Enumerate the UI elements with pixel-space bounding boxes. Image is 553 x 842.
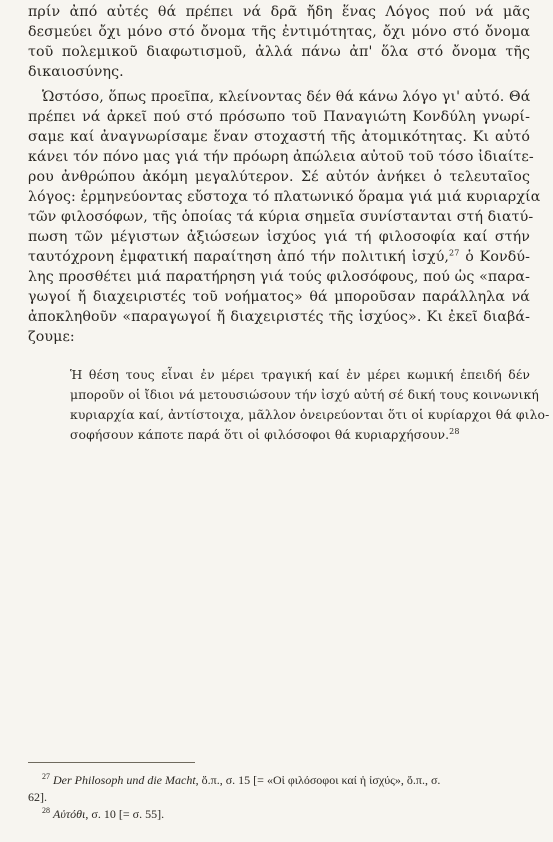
footnote-number: 27 [42,772,50,781]
footnote-title: Der Philosoph und die Macht [53,773,196,787]
body-line: πρίν ἀπό αὐτές θά πρέπει νά δρᾶ ἤδη ἕνας… [28,2,530,22]
footnote-27-continued: 62]. [28,789,530,805]
body-line: τοῦ πολεμικοῦ διαφωτισμοῦ, ἀλλά πάνω ἀπ'… [28,42,530,62]
footnote-title: Αὐτόθι [53,807,85,821]
footnote-28: 28 Αὐτόθι, σ. 10 [= σ. 55]. [42,806,530,822]
body-line: γωγοί ἤ διαχειριστές τοῦ νοήματος» θά μπ… [28,287,530,307]
body-line: τῶν φιλοσόφων, τῆς ὁποίας τά κύρια σημεῖ… [28,207,530,227]
body-line: ἀποκληθοῦν «παραγωγοί ἤ διαχειριστές τῆς… [28,307,530,327]
body-line: ζουμε: [28,327,530,347]
footnote-separator [28,762,195,763]
body-line: ρου ἀνθρώπου ἀκόμη μεγαλύτερον. Σέ αὐτόν… [28,167,530,187]
quote-line: Ἡ θέση τους εἶναι ἐν μέρει τραγική καί ἐ… [70,365,530,385]
body-line: Ὡστόσο, ὅπως προεῖπα, κλείνοντας δέν θά … [42,87,530,107]
book-page: πρίν ἀπό αὐτές θά πρέπει νά δρᾶ ἤδη ἕνας… [0,0,553,842]
quote-text: σοφήσουν κάποτε παρά ὅτι οἱ φιλόσοφοι θά… [70,427,449,442]
footnote-ref-27[interactable]: 27 [449,248,459,257]
body-line: δεσμεύει ὄχι μόνο στό ὄνομα τῆς ἐντιμότη… [28,22,530,42]
body-line: λόγος: ἑρμηνεύοντας εὔστοχα τό πλατωνικό… [28,187,530,207]
quote-line-with-note: σοφήσουν κάποτε παρά ὅτι οἱ φιλόσοφοι θά… [70,425,530,445]
body-text: ὁ Κονδύ- [459,249,530,265]
footnote-number: 28 [42,806,50,815]
footnote-ref-28[interactable]: 28 [449,427,459,436]
body-line: σαμε καί ἀναγνωρίσαμε ἕναν στοχαστή τῆς … [28,127,530,147]
body-line: πρέπει νά ἀρκεῖ πού στό πρόσωπο τοῦ Πανα… [28,107,530,127]
body-line: κάνει τόν πόνο μας γιά τήν πρόωρη ἀπώλει… [28,147,530,167]
quote-line: μποροῦν οἱ ἴδιοι νά μετουσιώσουν τήν ἰσχ… [70,385,530,405]
body-text: ταυτόχρονη ἐμφατική παραίτηση ἀπό τήν πο… [28,249,449,265]
quote-line: κυριαρχία καί, ἀντίστοιχα, μᾶλλον ὀνειρε… [70,405,530,425]
footnote-text: , σ. 10 [= σ. 55]. [85,807,164,821]
footnote-text: , ὅ.π., σ. 15 [= «Οἱ φιλόσοφοι καί ἡ ἰσχ… [196,773,441,787]
body-line-with-note: ταυτόχρονη ἐμφατική παραίτηση ἀπό τήν πο… [28,247,530,267]
body-line: πωση τῶν μέγιστων ἀξιώσεων ἰσχύος γιά τή… [28,227,530,247]
body-line: λης προσθέτει μιά παρατήρηση γιά τούς φι… [28,267,530,287]
body-line: δικαιοσύνης. [28,62,530,82]
footnote-27: 27 Der Philosoph und die Macht, ὅ.π., σ.… [42,772,530,788]
